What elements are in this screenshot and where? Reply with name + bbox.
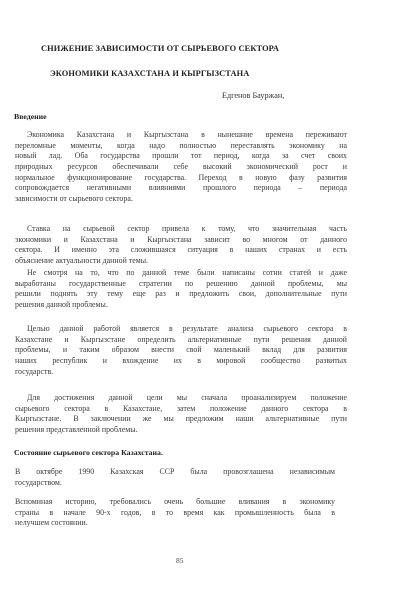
text-line: Вспоминая историю, требовались очень бол… <box>15 497 335 508</box>
text-line: экономики и Казахстана и Кыргызстана зав… <box>15 235 347 246</box>
text-line: зависимости от сырьевого сектора. <box>15 194 347 205</box>
text-line: сопровождается негативными влияниями про… <box>15 183 347 194</box>
text-line: выработаны государственные стратегии по … <box>15 279 347 290</box>
text-line: государств. <box>15 367 347 378</box>
text-line: решения представленной проблемы. <box>15 425 347 436</box>
text-line: В октябре 1990 Казахская ССР была провоз… <box>15 467 335 478</box>
document-page: СНИЖЕНИЕ ЗАВИСИМОСТИ ОТ СЫРЬЕВОГО СЕКТОР… <box>0 0 400 600</box>
paragraph-6: В октябре 1990 Казахская ССР была провоз… <box>15 467 335 488</box>
text-line: проблемы, и таким образом внести свой ма… <box>15 345 347 356</box>
text-line: Целью данной работой является в результа… <box>27 324 347 335</box>
text-line: Для достижения данной цели мы сначала пр… <box>27 393 347 404</box>
paragraph-2: Ставка на сырьевой сектор привела к тому… <box>15 224 347 267</box>
text-line: объяснение актуальности данной темы. <box>15 256 347 267</box>
paragraph-1: Экономика Казахстана и Кыргызстана в нын… <box>15 130 347 205</box>
paragraph-3: Не смотря на то, что по данной теме были… <box>15 268 347 311</box>
title-line-2: ЭКОНОМИКИ КАЗАХСТАНА И КЫРГЫЗСТАНА <box>50 69 400 78</box>
text-line: государством. <box>15 478 335 489</box>
text-line: природных ресурсов обеспечивали себе выс… <box>15 162 347 173</box>
text-line: страны в начале 90-х годов, в то время к… <box>15 508 335 519</box>
text-line: решили поднять эту тему еще раз и предло… <box>15 289 347 300</box>
text-line: сектора. И именно эта сложившаяся ситуац… <box>15 245 347 256</box>
text-line: Казахстане и Кыргызстане определить альт… <box>15 335 347 346</box>
text-line: Экономика Казахстана и Кыргызстана в нын… <box>27 130 347 141</box>
page-number: 85 <box>176 556 184 565</box>
paragraph-4: Целью данной работой является в результа… <box>15 324 347 377</box>
text-line: решения данной проблемы. <box>15 300 347 311</box>
text-line: Кыргызстане. В заключении же мы предложи… <box>15 414 347 425</box>
title-line-1: СНИЖЕНИЕ ЗАВИСИМОСТИ ОТ СЫРЬЕВОГО СЕКТОР… <box>41 44 400 53</box>
text-line: Не смотря на то, что по данной теме были… <box>27 268 347 279</box>
text-line: Ставка на сырьевой сектор привела к тому… <box>27 224 347 235</box>
author-name: Едгенов Бауржан, <box>222 91 284 100</box>
text-line: нормальное функционирование государства.… <box>15 173 347 184</box>
text-line: переломные моменты, когда надо полностью… <box>15 141 347 152</box>
text-line: новый лад. Оба государства прошли тот пе… <box>15 151 347 162</box>
section-heading-introduction: Введение <box>14 112 47 121</box>
text-line: нелучшем состоянии. <box>15 518 335 529</box>
text-line: сырьевого сектора в Казахстане, затем по… <box>15 404 347 415</box>
paragraph-7: Вспоминая историю, требовались очень бол… <box>15 497 335 529</box>
section-heading-kazakhstan-raw-sector: Состояние сырьевого сектора Казахстана. <box>14 448 163 457</box>
paragraph-5: Для достижения данной цели мы сначала пр… <box>15 393 347 436</box>
text-line: наших республик и вхождение их в мировой… <box>15 356 347 367</box>
